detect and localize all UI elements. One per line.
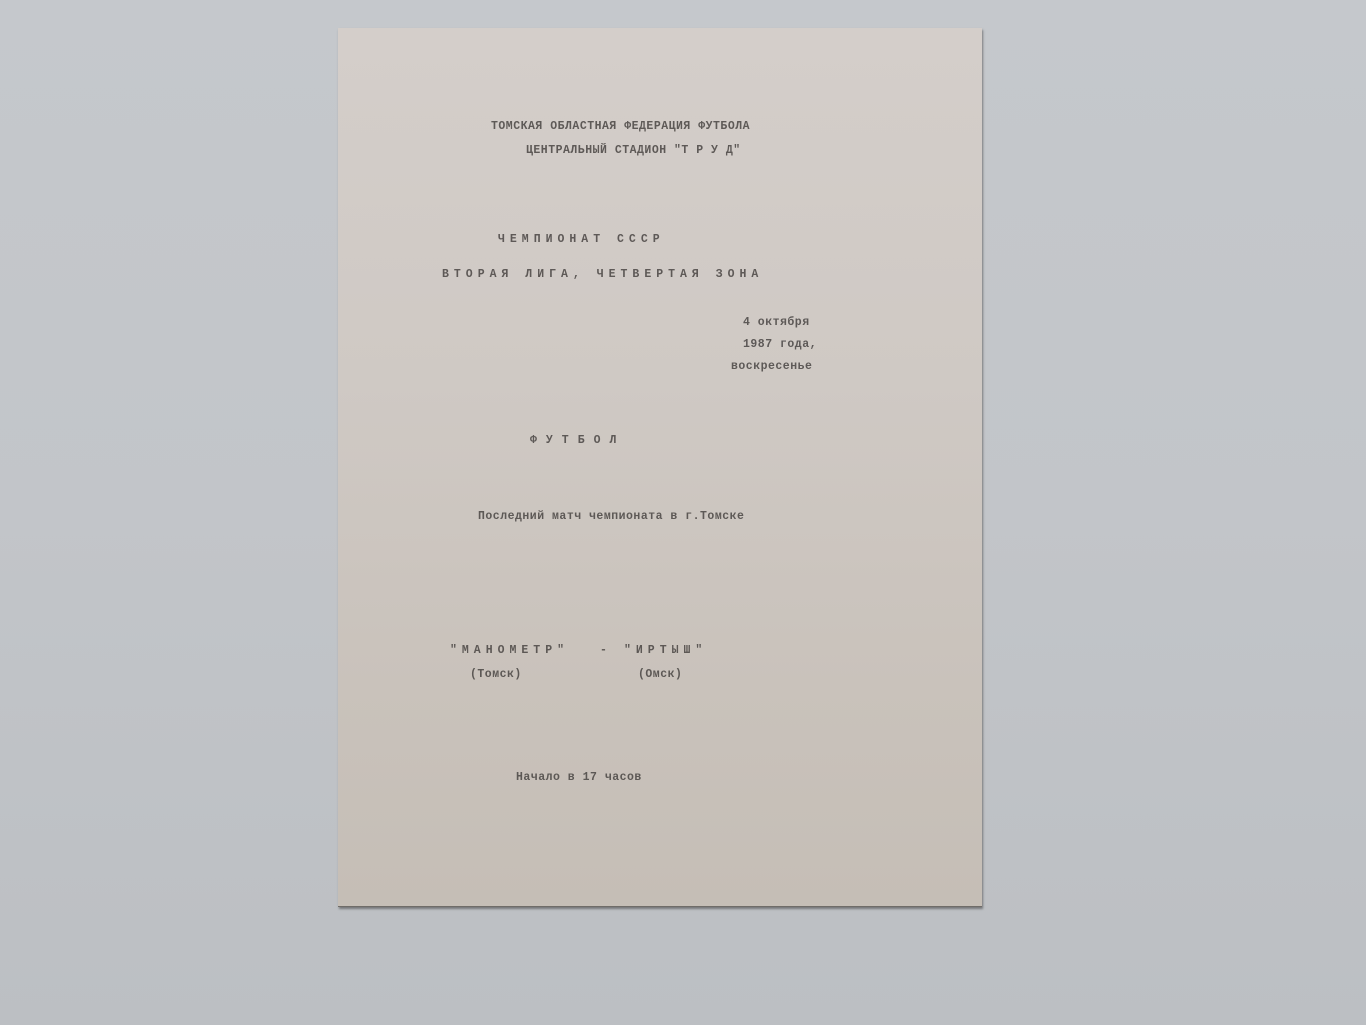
date-day: 4 октября bbox=[743, 316, 810, 329]
date-year: 1987 года, bbox=[743, 338, 817, 351]
match-program-sheet: ТОМСКАЯ ОБЛАСТНАЯ ФЕДЕРАЦИЯ ФУТБОЛА ЦЕНТ… bbox=[338, 28, 982, 907]
away-city: (Омск) bbox=[638, 668, 682, 681]
federation-header: ТОМСКАЯ ОБЛАСТНАЯ ФЕДЕРАЦИЯ ФУТБОЛА bbox=[491, 120, 750, 133]
stadium-header: ЦЕНТРАЛЬНЫЙ СТАДИОН "Т Р У Д" bbox=[526, 144, 741, 157]
sport-title: ФУТБОЛ bbox=[530, 434, 625, 447]
start-time: Начало в 17 часов bbox=[516, 771, 642, 784]
championship-title: ЧЕМПИОНАТ СССР bbox=[498, 233, 665, 246]
date-weekday: воскресенье bbox=[731, 360, 812, 373]
match-separator: - bbox=[600, 644, 607, 657]
home-team: "МАНОМЕТР" bbox=[450, 644, 569, 657]
away-team: "ИРТЫШ" bbox=[624, 644, 707, 657]
home-city: (Томск) bbox=[470, 668, 522, 681]
match-note: Последний матч чемпионата в г.Томске bbox=[478, 510, 744, 523]
league-title: ВТОРАЯ ЛИГА, ЧЕТВЕРТАЯ ЗОНА bbox=[442, 268, 763, 281]
